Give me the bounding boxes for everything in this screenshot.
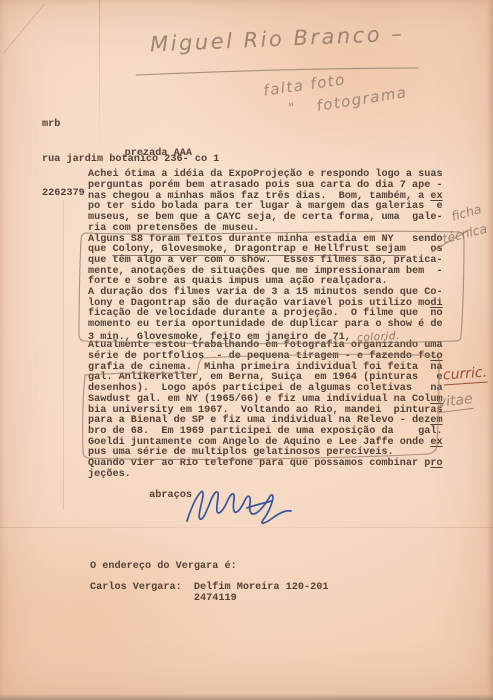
typed-segment: di bbox=[430, 298, 442, 309]
typed-segment: série de portfolios - de pequena tiragem… bbox=[88, 351, 430, 362]
scan-edge-right bbox=[487, 0, 493, 700]
typed-segment: prezada AAA bbox=[88, 148, 192, 159]
typed-segment: forte e sobre as quais impus uma ação re… bbox=[88, 276, 388, 287]
typed-segment: pus uma série de multiplos gelatinosos p… bbox=[88, 447, 394, 458]
typed-segment: po ter sido bolada para ter lugar à marg… bbox=[88, 201, 443, 212]
typed-segment: bia university em 1967. Voltando ao Rio,… bbox=[88, 405, 443, 416]
typed-segment: museus, se bem que a CAYC seja, de certa… bbox=[88, 212, 443, 223]
typed-segment: que bbox=[88, 244, 112, 255]
typed-segment: ficação de velocidade durante a projeção… bbox=[88, 308, 443, 319]
typed-segment: Alguns S8 foram feitos durante minha est… bbox=[88, 234, 443, 245]
typed-segment: Quando vier ao Rio telefone para que pos… bbox=[88, 458, 430, 469]
typed-segment: Sawdust gal. em NY (1965/66) e fiz uma i… bbox=[88, 394, 430, 405]
typed-segment: bro de 68. Em 1969 participei de uma exp… bbox=[88, 426, 443, 437]
letter-line: prezada AAA bbox=[88, 149, 443, 160]
typed-segment: Goeldi juntamente com Angelo de Aquino e… bbox=[88, 437, 430, 448]
letter-line: Quando vier ao Rio telefone para que pos… bbox=[88, 459, 443, 470]
typed-segment: que têm algo a ver com o show. Esses fil… bbox=[88, 255, 443, 266]
typed-segment: desenhos). Logo após participei de algum… bbox=[88, 383, 443, 394]
typed-segment: to bbox=[430, 351, 442, 362]
typed-segment: momento eu teria oportunidade de duplica… bbox=[88, 319, 443, 330]
typed-segment: para a Bienal de SP e fiz uma individual… bbox=[88, 415, 430, 426]
typed-segment: jeções. bbox=[88, 469, 131, 480]
typed-segment: A duração dos filmes varia de 3 a 15 min… bbox=[88, 287, 443, 298]
typed-segment: mente, anotações de situações que me imp… bbox=[88, 266, 443, 277]
margin-note-curric: curric. bbox=[442, 364, 487, 385]
typed-segment: os bbox=[406, 244, 443, 255]
typed-segment: gal. Anlikerkeller, em Berna, Suiça em 1… bbox=[88, 372, 443, 383]
inline-pencil-note: colorid. bbox=[357, 331, 400, 344]
typed-segment: ex bbox=[430, 437, 442, 448]
letter-body: prezada AAA Achei ótima a idéia da ExpoP… bbox=[88, 149, 443, 502]
typed-segment: ro bbox=[430, 458, 442, 469]
typed-segment: Achei ótima a idéia da ExpoProjeção e re… bbox=[88, 169, 443, 180]
typed-segment: em bbox=[430, 415, 442, 426]
typed-segment: perguntas porém bem atrasado pois sua ca… bbox=[88, 180, 443, 191]
scan-edge-bottom bbox=[0, 694, 493, 700]
typed-segment: ria com pretensões de museu. bbox=[88, 223, 259, 234]
footer-contact-phone: 2474119 bbox=[90, 594, 328, 605]
typed-segment: abraços bbox=[88, 490, 192, 501]
footer-block: O endereço do Vergara é: Carlos Vergara:… bbox=[90, 562, 328, 605]
letter-line: jeções. bbox=[88, 470, 443, 481]
footer-intro: O endereço do Vergara é: bbox=[90, 562, 328, 573]
letter-line: momento eu teria oportunidade de duplica… bbox=[88, 320, 443, 331]
letter-line: abraços bbox=[88, 491, 443, 502]
typed-segment: lony e Dagontrap são de duração variavel… bbox=[88, 298, 430, 309]
letterhead-initials: mrb bbox=[42, 119, 219, 131]
